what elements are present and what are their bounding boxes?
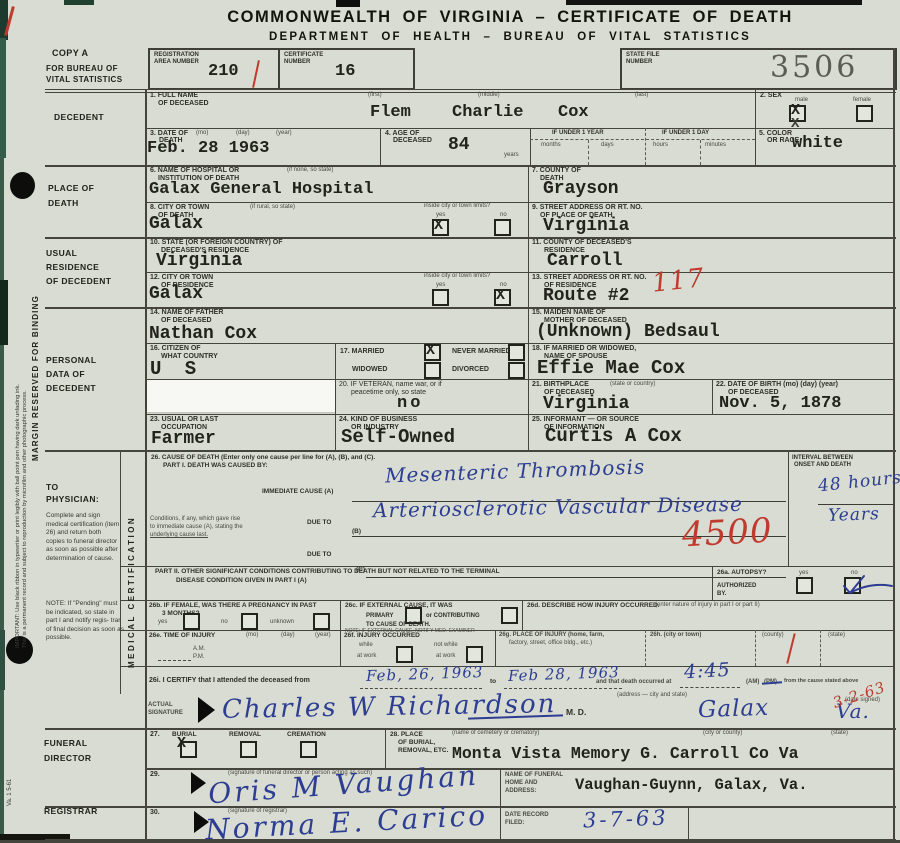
f25-value: Curtis A Cox — [545, 425, 682, 447]
scan-edge-top3 — [566, 0, 862, 5]
f26i-to: to — [490, 678, 496, 685]
scan-edge-left-dark2 — [0, 38, 6, 158]
f29-value: Vaughan-Guynn, Galax, Va. — [575, 776, 808, 794]
f26d-hint: (enter nature of injury in part I or par… — [655, 602, 760, 608]
copy-for-line1: FOR BUREAU OF — [46, 64, 118, 73]
interval-header-1: INTERVAL BETWEEN — [792, 455, 853, 462]
section-label-funeral-2: DIRECTOR — [44, 753, 91, 763]
f26h-county: (county) — [762, 632, 784, 638]
f26i-blank-1 — [360, 688, 482, 689]
male-checkbox-mark-2: X — [791, 116, 799, 132]
interval-header-2: ONSET AND DEATH — [794, 462, 851, 469]
part2-label-1: PART II. OTHER SIGNIFICANT CONDITIONS CO… — [155, 568, 500, 575]
grid-line — [120, 630, 895, 631]
f5-value: white — [792, 134, 843, 153]
f3-value: Feb. 28 1963 — [147, 139, 269, 158]
divorced-checkbox — [508, 362, 525, 379]
f26-cause-a-handwriting: Mesenteric Thrombosis — [385, 454, 646, 487]
f26-conditions-note-1: Conditions, if any, which gave rise — [150, 516, 240, 522]
f22-value: Nov. 5, 1878 — [719, 394, 841, 413]
f26b-unknown-label: unknown — [270, 619, 294, 625]
autopsy-no-ink-mark — [836, 570, 894, 598]
grid-line — [145, 414, 895, 415]
f3-hint-mo: (mo) — [196, 130, 208, 136]
grid-line — [522, 600, 523, 630]
f26c-contributing-label: or CONTRIBUTING — [426, 613, 480, 620]
grid-line — [145, 90, 147, 839]
f26-conditions-note-2: to immediate cause (A), stating the — [150, 524, 243, 530]
grid-line — [145, 128, 895, 129]
f12-value: Galax — [149, 284, 203, 304]
f1-label-1: 1. FULL NAME — [150, 92, 198, 100]
f26i-certify-text: 26i. I CERTIFY that I attended the decea… — [149, 677, 310, 685]
section-label-place-of-death-2: DEATH — [48, 198, 79, 208]
f1-hint-middle: (middle) — [478, 92, 500, 98]
f3-hint-day: (day) — [236, 130, 250, 136]
physician-note-body: NOTE: If "Pending" must be indicated, so… — [46, 600, 126, 643]
f26b-yes-label: yes — [158, 619, 167, 625]
under-1-year-months: months — [541, 142, 561, 148]
grid-line — [700, 140, 701, 165]
f21-label-1: 21. BIRTHPLACE — [532, 381, 589, 389]
f26a-authorized-1: AUTHORIZED — [717, 583, 756, 590]
f26-due-to-1: DUE TO — [307, 519, 331, 526]
grid-line — [530, 139, 755, 140]
grid-line — [500, 768, 501, 839]
redaction-box — [147, 380, 335, 412]
grid-line — [645, 630, 646, 666]
f28-label-1: 28. PLACE — [390, 731, 423, 738]
pregnancy-yes-checkbox — [183, 613, 200, 630]
f24-value: Self-Owned — [341, 426, 455, 448]
f15-value: (Unknown) Bedsaul — [536, 322, 720, 342]
married-checkbox-mark: X — [426, 342, 435, 359]
never-married-checkbox — [508, 344, 525, 361]
f8-hint: (if rural, so state) — [250, 204, 295, 210]
f17-married-label: 17. MARRIED — [340, 348, 384, 356]
md-label: M. D. — [566, 708, 586, 718]
f26i-time: 4:45 — [683, 659, 731, 683]
f9-value: Virginia — [543, 216, 629, 236]
grid-line — [380, 128, 381, 165]
interval-a-handwriting: 48 hours — [817, 468, 900, 497]
f16-label-1: 16. CITIZEN OF — [150, 345, 201, 353]
f11-value: Carroll — [547, 251, 623, 271]
removal-checkbox — [240, 741, 257, 758]
f26-b-label: (B) — [352, 528, 361, 535]
margin-important-text: IMPORTANT: Use black ribbon in typewrite… — [15, 108, 29, 648]
grid-line — [528, 165, 529, 450]
f29-home-label-1: NAME OF FUNERAL — [505, 772, 563, 778]
under-1-day-label: IF UNDER 1 DAY — [662, 130, 709, 137]
f27-removal-label: REMOVAL — [229, 731, 261, 738]
grid-line — [45, 89, 896, 90]
f8-value: Galax — [149, 214, 203, 234]
f26b-no-label: no — [221, 619, 228, 625]
f28-cemetery-hint: (name of cemetery or crematory) — [452, 730, 539, 736]
external-contributing-checkbox — [501, 607, 518, 624]
f12-limits-question: inside city or town limits? — [424, 273, 490, 279]
f23-value: Farmer — [151, 429, 216, 449]
grid-line — [495, 630, 496, 666]
f26c-primary-label: PRIMARY — [366, 613, 393, 620]
to-physician-title-1: TO — [46, 482, 58, 492]
scan-edge-top2 — [336, 0, 360, 7]
cremation-checkbox — [300, 741, 317, 758]
f8-limits-question: inside city or town limits? — [424, 203, 490, 209]
certificate-title: COMMONWEALTH OF VIRGINIA – CERTIFICATE O… — [150, 8, 870, 27]
red-pen-mark-26h — [786, 633, 795, 664]
f26a-yes-label: yes — [799, 570, 808, 576]
f22-label-1: 22. DATE OF BIRTH (mo) (day) (year) — [716, 381, 838, 389]
signature-address-city: Galax — [698, 695, 770, 723]
f25-label-1: 25. INFORMANT — OR SOURCE — [532, 416, 639, 424]
f12-label-1: 12. CITY OR TOWN — [150, 274, 213, 282]
margin-form-code: Va. 1 5-61 — [7, 744, 13, 806]
f2-female-label: female — [853, 97, 871, 103]
f20-value: no — [397, 394, 423, 413]
under-1-day-minutes: minutes — [705, 142, 726, 148]
f20-label-1: 20. IF VETERAN, name war, or if — [339, 381, 442, 389]
f26e-label: 26e. TIME OF INJURY — [149, 632, 215, 639]
margin-binding-text: MARGIN RESERVED FOR BINDING — [31, 138, 40, 618]
f8-no-label: no — [500, 212, 507, 218]
grid-line — [893, 48, 895, 839]
f2-label: 2. SEX — [760, 92, 782, 100]
f17-divorced-label: DIVORCED — [452, 366, 489, 374]
pregnancy-no-checkbox — [241, 613, 258, 630]
f28-state-hint: (state) — [831, 730, 848, 736]
under-1-day-hours: hours — [653, 142, 668, 148]
f23-label-1: 23. USUAL OR LAST — [150, 416, 218, 424]
grid-line — [588, 140, 589, 165]
f9-label-1: 9. STREET ADDRESS OR RT. NO. — [532, 204, 643, 212]
grid-line — [712, 566, 713, 600]
f26i-address-hint: (address — city and state) — [617, 692, 687, 698]
f26c-label-1: 26c. IF EXTERNAL CAUSE, IT WAS — [345, 602, 453, 609]
certificate-subtitle: DEPARTMENT OF HEALTH – BUREAU OF VITAL S… — [150, 31, 870, 43]
funeral-director-arrow — [191, 772, 206, 794]
f27-number: 27. — [150, 731, 160, 739]
f1-value-last: Cox — [558, 103, 589, 122]
f26e-am: A.M. — [193, 646, 205, 652]
f27-cremation-label: CREMATION — [287, 731, 326, 738]
certificate-number-value: 16 — [335, 62, 355, 81]
f30-number: 30. — [150, 809, 160, 817]
grid-line — [645, 128, 646, 165]
grid-line — [788, 452, 789, 566]
f3-hint-year: (year) — [276, 130, 292, 136]
state-file-value: 3506 — [770, 50, 858, 85]
section-label-registrar: REGISTRAR — [44, 806, 98, 816]
f8-yes-mark: X — [434, 217, 443, 234]
medical-certification-label: MEDICAL CERTIFICATION — [127, 458, 136, 668]
f26-conditions-note-3: underlying cause last. — [150, 532, 208, 538]
physician-signature: Charles W Richardson — [222, 689, 557, 725]
f26a-label: 26a. AUTOPSY? — [717, 569, 767, 576]
cause-line-c — [366, 577, 786, 578]
f30-date-value: 3-7-63 — [583, 806, 669, 833]
f30-date-label-2: FILED: — [505, 820, 524, 826]
grid-line — [45, 839, 896, 841]
f16-value: U S — [150, 358, 202, 380]
grid-line — [755, 90, 756, 165]
death-certificate-page: MARGIN RESERVED FOR BINDING IMPORTANT: U… — [0, 0, 900, 843]
scan-edge-left-dark4 — [0, 630, 5, 690]
registration-area-label: REGISTRATION AREA NUMBER — [154, 52, 216, 66]
f10-value: Virginia — [156, 251, 242, 271]
f26b-label-1: 26b. IF FEMALE, WAS THERE A PREGNANCY IN… — [149, 602, 317, 609]
grid-line — [712, 379, 713, 414]
f26-due-to-2: DUE TO — [307, 551, 331, 558]
grid-line — [755, 630, 756, 666]
to-physician-title-2: PHYSICIAN: — [46, 494, 99, 504]
f26a-authorized-2: BY. — [717, 591, 726, 598]
section-label-funeral-1: FUNERAL — [44, 738, 87, 748]
f6-value: Galax General Hospital — [149, 180, 373, 199]
f1-label-2: OF DECEASED — [158, 100, 209, 108]
state-file-label: STATE FILE NUMBER — [626, 52, 674, 66]
under-1-year-days: days — [601, 142, 614, 148]
f8-label-1: 8. CITY OR TOWN — [150, 204, 209, 212]
f4-value: 84 — [448, 135, 470, 155]
f26f-while-1: while — [359, 642, 373, 648]
section-label-residence-3: OF DECEDENT — [46, 276, 111, 286]
f1-value-first: Flem — [370, 103, 411, 122]
f26-label-2: PART I. DEATH WAS CAUSED BY: — [163, 462, 268, 469]
f30-date-label-1: DATE RECORD — [505, 812, 549, 818]
f4-years-label: years — [504, 152, 519, 158]
f26i-blank-3 — [680, 687, 740, 688]
grid-line — [530, 128, 531, 165]
f28-value: Monta Vista Memory G. Carroll Co Va — [452, 744, 799, 763]
f11-label-1: 11. COUNTY OF DECEASED'S — [532, 239, 632, 247]
part2-label-2: DISEASE CONDITION GIVEN IN PART I (A) — [176, 577, 307, 584]
pregnancy-unknown-checkbox — [313, 613, 330, 630]
f26e-pm: P.M. — [193, 654, 205, 660]
f26f-while-2: at work — [357, 653, 376, 659]
scan-edge-left-dark3 — [0, 280, 8, 345]
f13-handwritten-117: 117 — [651, 263, 706, 298]
grid-line — [340, 600, 341, 666]
f29-number: 29. — [150, 771, 160, 779]
to-physician-body: Complete and sign medical certification … — [46, 512, 120, 563]
f12-yes-label: yes — [436, 282, 445, 288]
autopsy-yes-checkbox — [796, 577, 813, 594]
f26f-label: 26f. INJURY OCCURRED — [344, 632, 420, 639]
margin-important-line2: This is a permanent record and subject t… — [22, 108, 29, 648]
f1-value-middle: Charlie — [452, 103, 523, 122]
under-1-year-label: IF UNDER 1 YEAR — [552, 130, 604, 137]
f26h-state: (state) — [828, 632, 845, 638]
f26-label-1: 26. CAUSE OF DEATH (Enter only one cause… — [151, 454, 375, 461]
scan-edge-top1 — [64, 0, 94, 5]
f26g-label-2: factory, street, office bldg., etc.) — [509, 640, 592, 646]
f26e-mo: (mo) — [246, 632, 258, 638]
certificate-number-label: CERTIFICATE NUMBER — [284, 52, 336, 66]
section-label-residence-2: RESIDENCE — [46, 262, 99, 272]
f12-no-mark: X — [496, 287, 505, 304]
section-label-residence-1: USUAL — [46, 248, 77, 258]
margin-important-line1: IMPORTANT: Use black ribbon in typewrite… — [15, 108, 22, 648]
f12-yes-checkbox — [432, 289, 449, 306]
f26d-label: 26d. DESCRIBE HOW INJURY OCCURRED. — [527, 602, 660, 609]
f15-label-1: 15. MAIDEN NAME OF — [532, 309, 606, 317]
injury-while-at-work-checkbox — [396, 646, 413, 663]
burial-checkbox-mark: X — [177, 735, 186, 752]
f26i-from-cause: from the cause stated above — [784, 678, 858, 684]
copy-designation: COPY A — [52, 48, 88, 58]
f29-home-label-3: ADDRESS: — [505, 788, 536, 794]
f17-widowed-label: WIDOWED — [352, 366, 387, 374]
grid-line — [145, 202, 895, 203]
section-label-personal-2: DATA OF — [46, 369, 85, 379]
f26i-death-occurred: and that death occurred at — [596, 679, 671, 685]
f26-red-4500: 4500 — [681, 511, 774, 556]
injury-not-while-at-work-checkbox — [466, 646, 483, 663]
f26h-label: 26h. (city or town) — [650, 632, 701, 638]
grid-line — [120, 566, 895, 567]
actual-signature-label-2: SIGNATURE — [148, 710, 183, 716]
f26f-not-while-2: at work — [436, 653, 455, 659]
interval-b-handwriting: Years — [828, 504, 880, 526]
f26e-year: (year) — [315, 632, 331, 638]
section-label-decedent: DECEDENT — [54, 112, 104, 122]
f10-label-1: 10. STATE (OR FOREIGN COUNTRY) OF — [150, 239, 282, 247]
f21-value: Virginia — [543, 394, 629, 414]
f29-home-label-2: HOME AND — [505, 780, 537, 786]
widowed-checkbox — [424, 362, 441, 379]
f8-no-checkbox — [494, 219, 511, 236]
grid-line — [385, 728, 386, 768]
f28-city-county-hint: (city or county) — [703, 730, 742, 736]
copy-for-line2: VITAL STATISTICS — [46, 75, 122, 84]
f28-label-2: OF BURIAL, — [398, 739, 435, 746]
f26i-date-from: Feb, 26, 1963 — [366, 663, 484, 685]
f18-value: Effie Mae Cox — [537, 357, 685, 379]
f13-label-1: 13. STREET ADDRESS OR RT. NO. — [532, 274, 646, 282]
section-label-personal-3: DECEDENT — [46, 383, 96, 393]
grid-line — [145, 272, 895, 273]
registration-area-value: 210 — [208, 62, 239, 81]
f26g-label-1: 26g. PLACE OF INJURY (home, farm, — [499, 632, 604, 638]
f1-hint-last: (last) — [635, 92, 648, 98]
f7-value: Grayson — [543, 179, 619, 199]
section-label-place-of-death-1: PLACE OF — [48, 183, 94, 193]
f26e-day: (day) — [281, 632, 295, 638]
f6-hint: (if none, so state) — [287, 167, 333, 173]
f6-label-1: 6. NAME OF HOSPITAL OR — [150, 167, 239, 175]
f4-label-2: DECEASED — [393, 137, 432, 145]
f26i-am: (AM) — [746, 679, 759, 685]
f17-never-married-label: NEVER MARRIED — [452, 348, 511, 356]
f18-label-1: 18. IF MARRIED OR WIDOWED, — [532, 345, 636, 353]
grid-line — [335, 343, 336, 450]
f7-label-1: 7. COUNTY OF — [532, 167, 581, 175]
f1-hint-first: (first) — [368, 92, 382, 98]
female-checkbox — [856, 105, 873, 122]
grid-line — [820, 630, 821, 666]
grid-line — [688, 806, 689, 839]
f21-hint: (state or country) — [610, 381, 655, 387]
f13-value: Route #2 — [543, 286, 629, 306]
f14-value: Nathan Cox — [149, 324, 257, 344]
f26-immediate-cause-label: IMMEDIATE CAUSE (A) — [262, 488, 333, 495]
grid-line — [120, 600, 895, 601]
actual-signature-label-1: ACTUAL — [148, 702, 173, 708]
f26f-not-while-1: not while — [434, 642, 458, 648]
signature-arrow — [198, 697, 215, 723]
grid-line — [120, 452, 121, 694]
section-label-personal-1: PERSONAL — [46, 355, 96, 365]
f14-label-1: 14. NAME OF FATHER — [150, 309, 223, 317]
f24-label-1: 24. KIND OF BUSINESS — [339, 416, 417, 424]
f26e-time-blank — [158, 660, 191, 661]
f28-label-3: REMOVAL, ETC. — [398, 747, 448, 754]
grid-line — [45, 450, 896, 452]
